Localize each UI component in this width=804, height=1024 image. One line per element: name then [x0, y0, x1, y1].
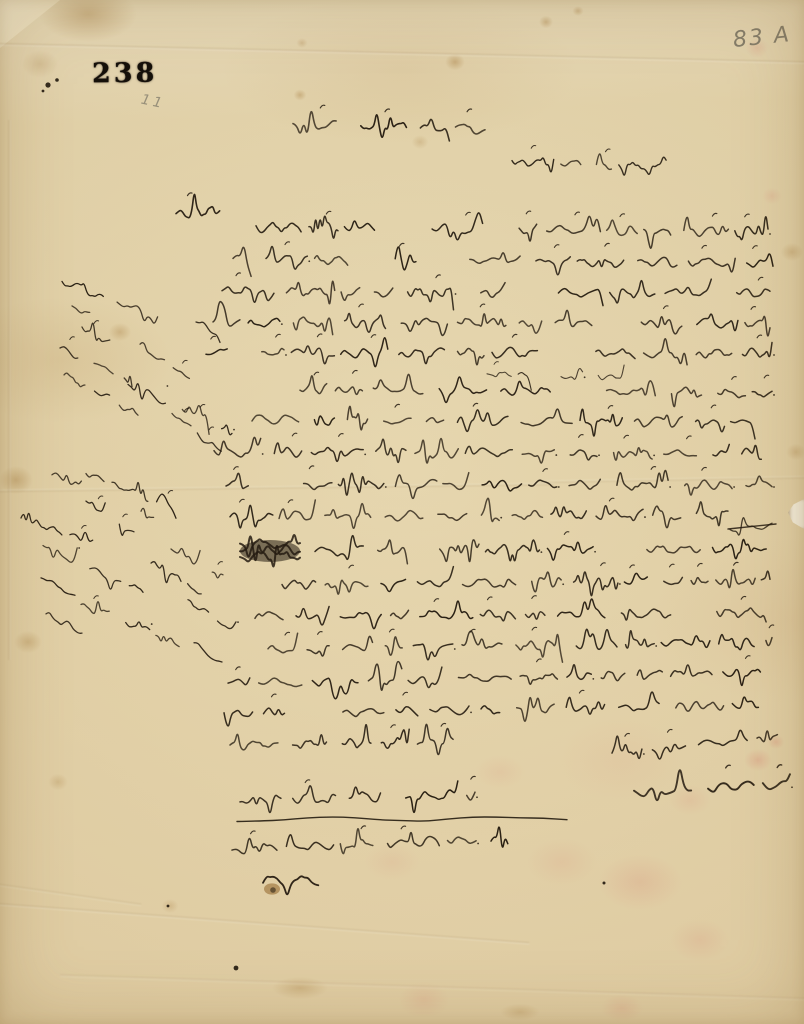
archive-number-stamp: 238 — [92, 60, 158, 88]
right-edge-tear — [788, 499, 804, 529]
pencil-inventory-mark: 11 — [140, 93, 166, 112]
left-edge-crease — [8, 120, 11, 660]
bottom-crease-2 — [60, 974, 804, 1001]
top-left-corner-fold — [0, 0, 60, 48]
handwriting-layer — [0, 0, 804, 1024]
scanned-letter-page: 238 11 83 A — [0, 0, 804, 1024]
middle-crease-right — [540, 476, 804, 484]
bottom-crease-1 — [0, 902, 529, 945]
paper-stain-overlay — [0, 0, 804, 1024]
bottom-crease-3 — [0, 883, 141, 907]
corner-folio-mark: 83 A — [732, 24, 792, 52]
middle-crease-left — [0, 483, 554, 493]
